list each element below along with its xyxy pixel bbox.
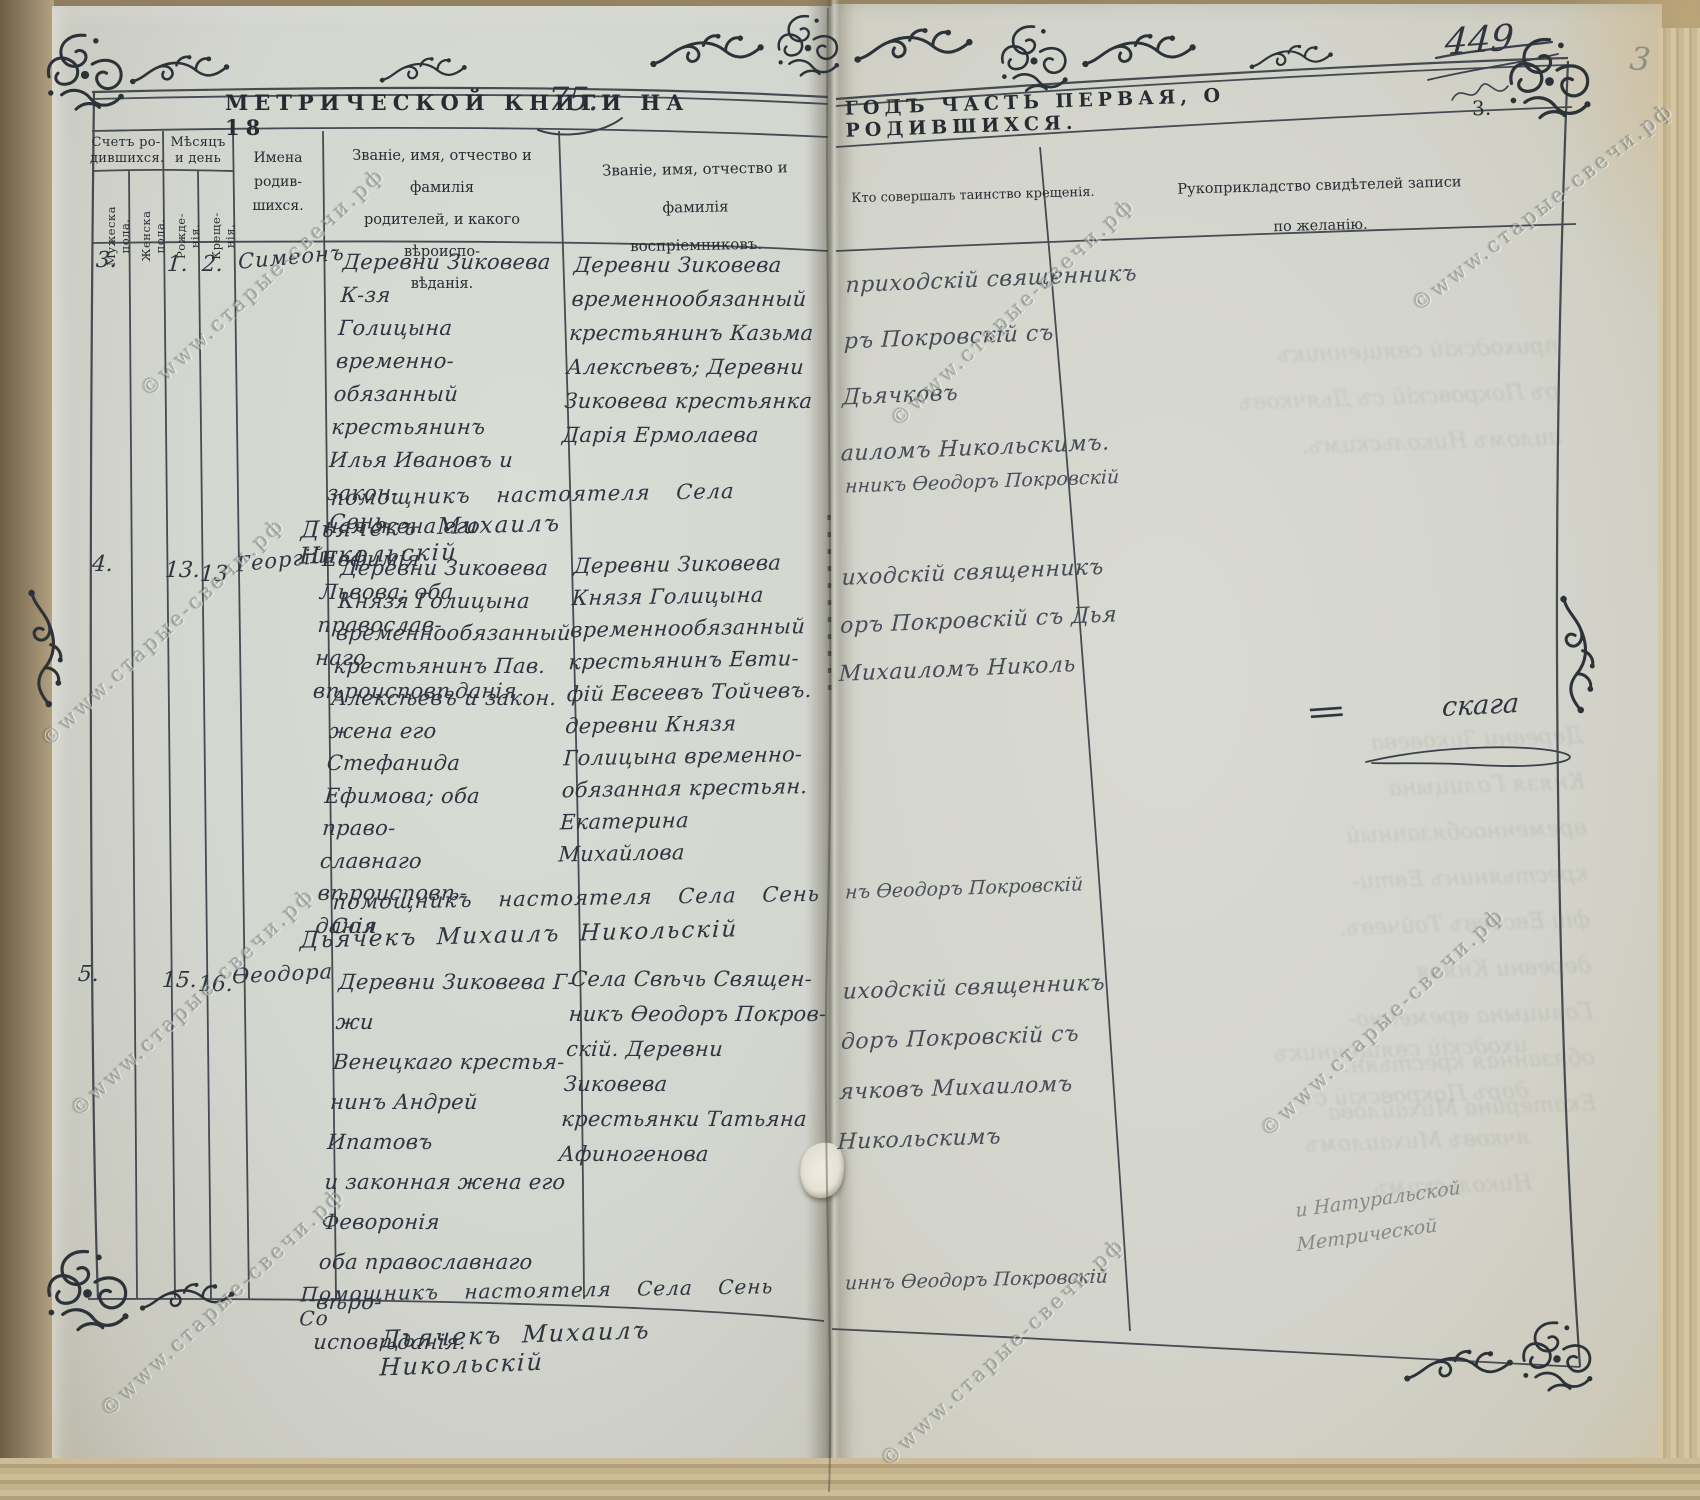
crossed-out-folio-number: 449 bbox=[1444, 17, 1515, 63]
record-3-godparents: Села Свѣчь Священ- никъ Ѳеодоръ Покров- … bbox=[558, 962, 838, 1172]
printed-page-number: 3. bbox=[1472, 96, 1492, 121]
book-left-edge bbox=[0, 0, 54, 1500]
record-2-number: 4. bbox=[91, 552, 114, 577]
record-1-godparents: Деревни Зиковева временнообязанный крест… bbox=[561, 248, 827, 452]
column-header-count-group: Счетъ ро- дившихся. bbox=[90, 135, 162, 167]
page-stack-bottom-edge bbox=[0, 1458, 1700, 1500]
page-stack-right-edge bbox=[1658, 28, 1700, 1484]
handwritten-year: 75. bbox=[547, 80, 601, 118]
record-1-born-day: 1. bbox=[166, 252, 189, 277]
record-2-parents: Деревни Зиковева Князя Голицына временно… bbox=[314, 552, 573, 942]
left-page-title: МЕТРИЧЕСКОЙ КНИГИ НА 18 bbox=[225, 90, 695, 140]
column-header-names: Имена родив- шихся. bbox=[236, 146, 320, 218]
column-header-born: Рожде- нія. bbox=[174, 166, 202, 306]
record-3-number: 5. bbox=[77, 962, 100, 987]
pencil-page-number: 3 bbox=[1628, 39, 1652, 79]
ink-bleedthrough: приходскій священникъ ръ Покровскій съ Д… bbox=[1178, 323, 1563, 474]
column-header-month-group: Мѣсяцъ и день bbox=[164, 135, 232, 167]
ink-bleedthrough: иходскій священникъ доръ Покровскій съ я… bbox=[1127, 1023, 1533, 1221]
record-1-baptized-day: 2. bbox=[201, 252, 224, 277]
record-2-born-day: 13. bbox=[164, 558, 201, 583]
metrical-book-spread: МЕТРИЧЕСКОЙ КНИГИ НА 18 75. Счетъ ро- ди… bbox=[0, 0, 1700, 1500]
column-header-male: Мужеска пола. bbox=[104, 166, 132, 306]
column-header-female: Женска пола. bbox=[139, 166, 167, 306]
column-header-baptized: Креще- нія. bbox=[209, 166, 237, 306]
record-2-officiant: иходскій священникъ оръ Покровскій съ Дь… bbox=[838, 541, 1172, 699]
record-2-godparents: Деревни Зиковева Князя Голицына временно… bbox=[558, 546, 837, 871]
record-1-number: 3. bbox=[95, 248, 118, 273]
record-1-officiant: приходскій священникъ ръ Покровскій съ Д… bbox=[840, 245, 1156, 482]
column-header-signatures: Рукоприкладство свидѣтелей записи по жел… bbox=[1104, 160, 1536, 251]
